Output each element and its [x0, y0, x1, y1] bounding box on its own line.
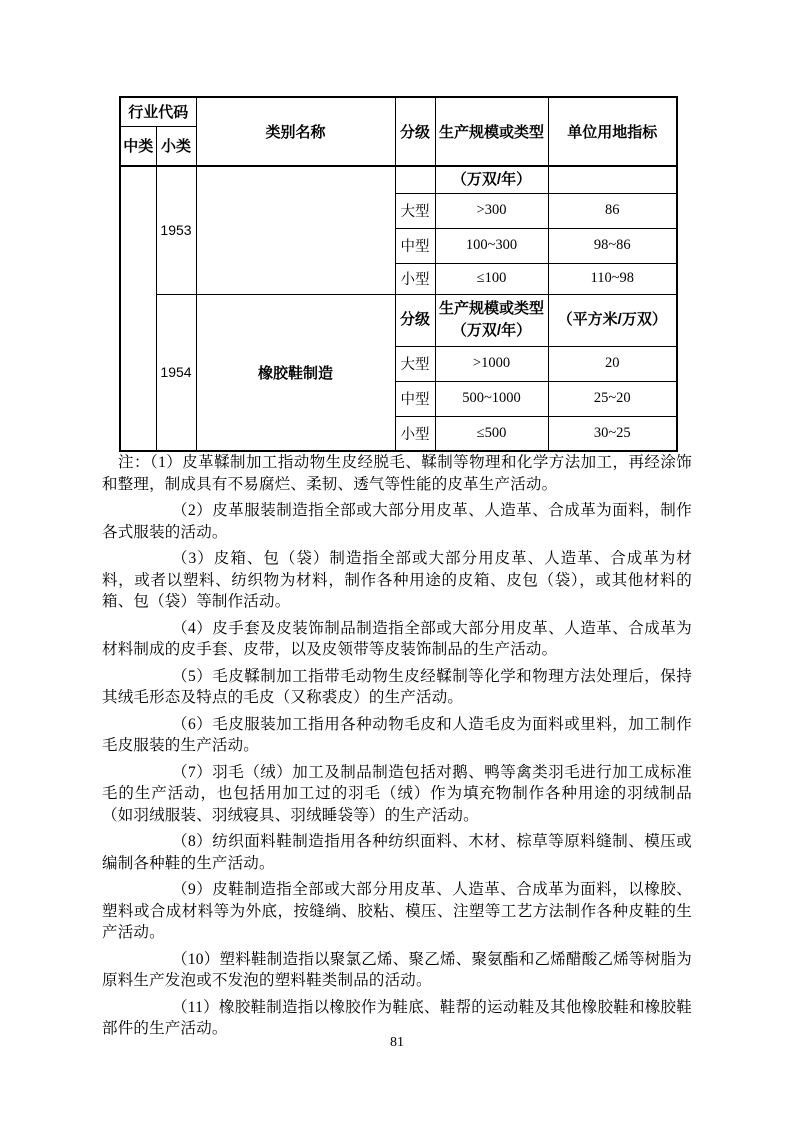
small-class-code-1953: 1953 [156, 166, 196, 294]
scale-header-line1: 生产规模或类型 [438, 298, 546, 320]
grade-cell: 大型 [395, 193, 435, 228]
indicator-cell: 30~25 [548, 416, 677, 451]
scale-cell: 500~1000 [435, 381, 548, 416]
grade-cell: 大型 [395, 346, 435, 381]
header-land-use-indicator: 单位用地指标 [548, 97, 677, 166]
land-use-indicator-table: 行业代码 类别名称 分级 生产规模或类型 单位用地指标 中类 小类 1953 （… [119, 96, 678, 452]
note-8: （8）纺织面料鞋制造指用各种纺织面料、木材、棕草等原料缝制、模压或编制各种鞋的生… [102, 831, 692, 874]
unit-row-grade-cell [395, 166, 435, 193]
indicator-cell: 25~20 [548, 381, 677, 416]
category-name-1953 [196, 166, 395, 294]
note-10: （10）塑料鞋制造指以聚氯乙烯、聚乙烯、聚氨酯和乙烯醋酸乙烯等树脂为原料生产发泡… [102, 949, 692, 992]
indicator-cell: 20 [548, 346, 677, 381]
indicator-cell: 86 [548, 193, 677, 228]
category-name-1954: 橡胶鞋制造 [196, 294, 395, 451]
note-5: （5）毛皮鞣制加工指带毛动物生皮经鞣制等化学和物理方法处理后，保持其绒毛形态及特… [102, 666, 692, 709]
small-class-code-1954: 1954 [156, 294, 196, 451]
grade-cell: 中型 [395, 381, 435, 416]
header-category-name: 类别名称 [196, 97, 395, 166]
indicator-cell: 110~98 [548, 263, 677, 294]
note-6: （6）毛皮服装加工指用各种动物毛皮和人造毛皮为面料或里料，加工制作毛皮服装的生产… [102, 714, 692, 757]
unit-row-scale-cell: （万双/年） [435, 166, 548, 193]
header-industry-code: 行业代码 [120, 97, 196, 126]
note-9: （9）皮鞋制造指全部或大部分用皮革、人造革、合成革为面料，以橡胶、塑料或合成材料… [102, 879, 692, 944]
unit-row-indicator-cell [548, 166, 677, 193]
note-1: 注：（1）皮革鞣制加工指动物生皮经脱毛、鞣制等物理和化学方法加工，再经涂饰和整理… [102, 452, 692, 495]
table-row: 1954 橡胶鞋制造 分级 生产规模或类型 （万双/年） （平方米/万双） [120, 294, 677, 346]
unit-row-scale-cell: 生产规模或类型 （万双/年） [435, 294, 548, 346]
note-7: （7）羽毛（绒）加工及制品制造包括对鹅、鸭等禽类羽毛进行加工成标准毛的生产活动，… [102, 762, 692, 827]
page-number: 81 [0, 1035, 794, 1051]
grade-cell: 中型 [395, 228, 435, 263]
scale-cell: 100~300 [435, 228, 548, 263]
unit-row-grade-cell: 分级 [395, 294, 435, 346]
note-2: （2）皮革服装制造指全部或大部分用皮革、人造革、合成革为面料，制作各式服装的活动… [102, 500, 692, 543]
indicator-cell: 98~86 [548, 228, 677, 263]
grade-cell: 小型 [395, 416, 435, 451]
note-3: （3）皮箱、包（袋）制造指全部或大部分用皮革、人造革、合成革为材料，或者以塑料、… [102, 548, 692, 613]
header-grade: 分级 [395, 97, 435, 166]
header-small-class: 小类 [156, 126, 196, 166]
scale-cell: >300 [435, 193, 548, 228]
note-11: （11）橡胶鞋制造指以橡胶作为鞋底、鞋帮的运动鞋及其他橡胶鞋和橡胶鞋部件的生产活… [102, 997, 692, 1040]
table-row: 1953 （万双/年） [120, 166, 677, 193]
grade-cell: 小型 [395, 263, 435, 294]
scale-cell: >1000 [435, 346, 548, 381]
header-mid-class: 中类 [120, 126, 156, 166]
scale-cell: ≤500 [435, 416, 548, 451]
header-scale-or-type: 生产规模或类型 [435, 97, 548, 166]
mid-class-code-cell [120, 166, 156, 451]
notes-section: 注：（1）皮革鞣制加工指动物生皮经脱毛、鞣制等物理和化学方法加工，再经涂饰和整理… [102, 452, 692, 1045]
note-4: （4）皮手套及皮装饰制品制造指全部或大部分用皮革、人造革、合成革为材料制成的皮手… [102, 618, 692, 661]
unit-row-indicator-cell: （平方米/万双） [548, 294, 677, 346]
scale-header-line2: （万双/年） [438, 320, 546, 342]
document-page: 行业代码 类别名称 分级 生产规模或类型 单位用地指标 中类 小类 1953 （… [0, 0, 794, 1122]
scale-cell: ≤100 [435, 263, 548, 294]
